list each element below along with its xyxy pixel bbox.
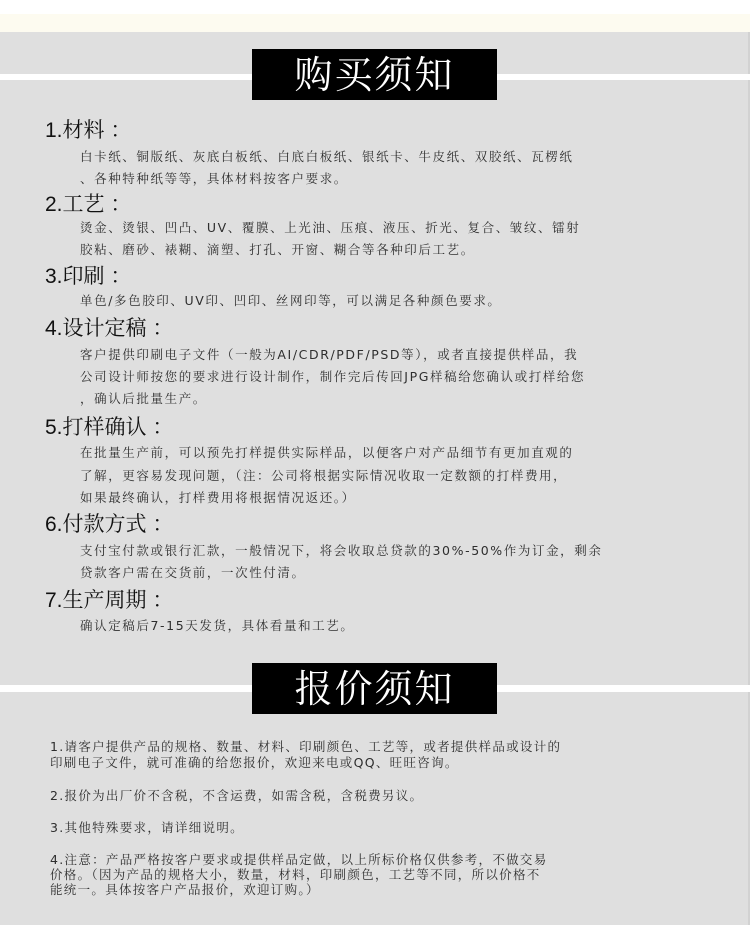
quote-note-text: 印刷电子文件，就可准确的给您报价，欢迎来电或QQ、旺旺咨询。 <box>50 755 459 770</box>
quote-note-text: 能统一。具体按客户产品报价，欢迎订购。） <box>50 882 320 897</box>
item-text: 支付宝付款或银行汇款，一般情况下，将会收取总贷款的30%-50%作为订金，剩余 <box>80 543 602 559</box>
item-text: 公司设计师按您的要求进行设计制作，制作完后传回JPG样稿给您确认或打样给您 <box>80 369 585 385</box>
quote-note-text: 4.注意：产品严格按客户要求或提供样品定做，以上所标价格仅供参考，不做交易 <box>50 852 548 867</box>
item-text: 了解，更容易发现问题，（注：公司将根据实际情况收取一定数额的打样费用， <box>80 468 567 484</box>
quote-note-text: 价格。（因为产品的规格大小，数量，材料，印刷颜色，工艺等不同，所以价格不 <box>50 867 541 882</box>
item-text: 客户提供印刷电子文件（一般为AI/CDR/PDF/PSD等），或者直接提供样品，… <box>80 347 578 363</box>
item-heading-design: 4.设计定稿 ： <box>45 317 173 341</box>
top-margin <box>0 0 750 14</box>
quote-note-text: 2.报价为出厂价不含税，不含运费，如需含税，含税费另议。 <box>50 788 423 803</box>
item-text: 胶粘、磨砂、裱糊、滴塑、打孔、开窗、糊合等各种印后工艺。 <box>80 242 475 258</box>
item-heading-printing: 3.印刷 ： <box>45 265 131 289</box>
item-text: 烫金、烫银、凹凸、UV、覆膜、上光油、压痕、液压、折光、复合、皱纹、镭射 <box>80 220 580 236</box>
item-text: 单色/多色胶印、UV印、凹印、丝网印等，可以满足各种颜色要求。 <box>80 293 502 309</box>
item-heading-production-cycle: 7.生产周期 ： <box>45 589 173 613</box>
item-text: 确认定稿后7-15天发货，具体看量和工艺。 <box>80 618 354 634</box>
item-text: ，确认后批量生产。 <box>80 391 207 407</box>
item-text: 白卡纸、铜版纸、灰底白板纸、白底白板纸、银纸卡、牛皮纸、双胶纸、瓦楞纸 <box>80 149 574 165</box>
item-heading-payment: 6.付款方式 ： <box>45 513 173 537</box>
item-heading-proofing: 5.打样确认 ： <box>45 416 173 440</box>
item-heading-materials: 1.材料 ： <box>45 119 131 143</box>
top-band <box>0 14 750 32</box>
item-text: 贷款客户需在交货前，一次性付清。 <box>80 565 306 581</box>
quote-note-text: 1.请客户提供产品的规格、数量、材料、印刷颜色、工艺等，或者提供样品或设计的 <box>50 739 561 754</box>
purchase-notice-title: 购买须知 <box>252 49 497 100</box>
item-text: 在批量生产前，可以预先打样提供实际样品，以便客户对产品细节有更加直观的 <box>80 445 574 461</box>
item-heading-craft: 2.工艺 ： <box>45 193 131 217</box>
quote-notice-title: 报价须知 <box>252 663 497 714</box>
item-text: 、各种特种纸等等，具体材料按客户要求。 <box>80 171 348 187</box>
quote-note-text: 3.其他特殊要求，请详细说明。 <box>50 820 244 835</box>
item-text: 如果最终确认，打样费用将根据情况返还。） <box>80 490 356 506</box>
